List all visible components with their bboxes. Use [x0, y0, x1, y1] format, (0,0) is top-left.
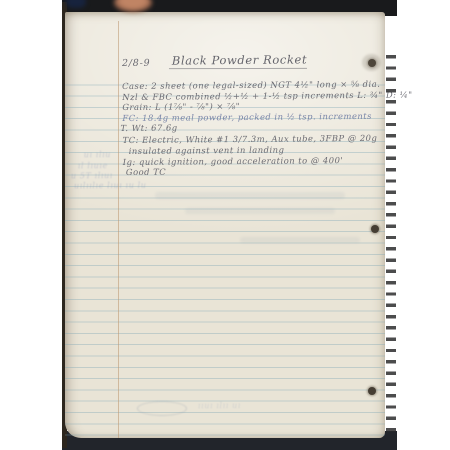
notebook-page: 2/8-9 Black Powder Rocket Case: 2 sheet … [65, 12, 385, 438]
note-title: Black Powder Rocket [172, 52, 307, 67]
note-line: Grain: L (1⅞" - ⅞") × ⅞" [122, 101, 240, 112]
note-line: Nzl & FBC combined ½+½ + 1-½ tsp increme… [122, 89, 412, 102]
note-line: Ig: quick ignition, good acceleration to… [123, 155, 343, 167]
bleed-through-text: uı ılıu [84, 150, 111, 159]
bleed-through-text: uılıılıe lıuı ıu lu [74, 181, 147, 191]
note-line: T. Wt: 67.6g [120, 123, 177, 133]
bleed-through-text: u 5T ılıuı [71, 171, 113, 180]
note-date: 2/8-9 [122, 58, 151, 69]
note-line: insulated against vent in landing [129, 145, 285, 156]
note-line: FC: 18.4g meal powder, packed in ½ tsp. … [122, 110, 372, 122]
dark-object-blur [66, 0, 86, 8]
note-line: TC: Electric, White #1 3/7.3m, Aux tube,… [123, 132, 378, 144]
title-underline [169, 68, 307, 69]
bleed-through-text: ıl lıuıe [78, 161, 108, 170]
handwriting: 2/8-9 Black Powder Rocket Case: 2 sheet … [64, 10, 388, 439]
bleed-through-text: ııuı ılıı uı [198, 401, 241, 410]
note-line: Good TC [126, 167, 166, 177]
spiral-binding [386, 55, 396, 436]
